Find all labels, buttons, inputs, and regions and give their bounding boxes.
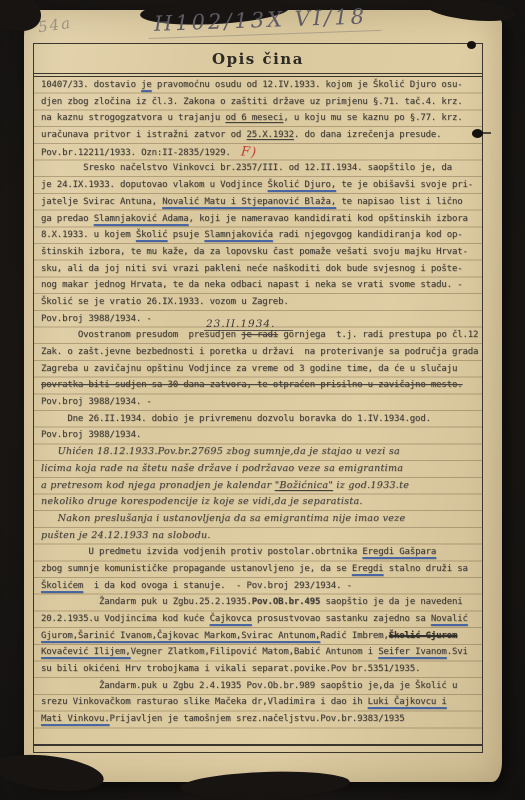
- text-segment: . do dana izrečenja presude.: [294, 130, 442, 140]
- text-segment: Kovačević Ilijem,: [41, 647, 131, 657]
- text-segment: iz god.1933.te: [333, 480, 409, 491]
- text-line: Pov.br.12211/1933. Ozn:II-2835/1929. F): [41, 144, 480, 161]
- page-title: Opis čina: [212, 50, 304, 68]
- text-line: sku, ali da joj niti svi vrazi pakleni n…: [41, 261, 480, 278]
- text-segment: Eregdi Gašpara: [362, 547, 436, 557]
- text-segment: nog makar jednog Hrvata, te da neka odba…: [41, 280, 462, 290]
- text-line: Kovačević Ilijem,Vegner Zlatkom,Filipovi…: [41, 644, 480, 661]
- text-line: djen zbog zločina iz čl.3. Zakona o zašt…: [41, 94, 480, 111]
- document-form-box: Opis čina 10407/33. dostavio je pravomoć…: [33, 43, 483, 753]
- text-segment: Školić: [136, 230, 168, 240]
- text-segment: 8.X.1933. u kojem: [41, 230, 136, 240]
- text-line: Mati Vinkovu.Prijavljen je tamošnjem sre…: [41, 711, 480, 728]
- text-line: na kaznu strogogzatvora u trajanju od 6 …: [41, 110, 480, 127]
- text-line: Žandarm puk u Zgbu.25.2.1935.Pov.OB.br.4…: [41, 594, 480, 611]
- text-segment: Gjurom,Šarinić Ivanom,Čajkovac Markom,Sv…: [41, 631, 320, 641]
- text-line: Školić se je vratio 26.IX.1933. vozom u …: [41, 294, 480, 311]
- text-segment: Pov.OB.br.495: [252, 597, 321, 607]
- text-segment: Slamnjaković Adama: [94, 214, 189, 224]
- text-segment: Prijavljen je tamošnjem srez.načeljstvu.…: [110, 714, 405, 724]
- text-segment: te je obišavši svoje pri-: [336, 180, 473, 190]
- text-line: ga predao Slamnjaković Adama, koji je na…: [41, 211, 480, 228]
- text-segment: "Božićnica": [275, 480, 333, 491]
- text-line: Zak. o zašt.jevne bezbednosti i poretka …: [41, 344, 480, 361]
- text-segment: prosustvovao sastanku zajedno sa: [252, 614, 431, 624]
- text-line: uračunava pritvor i istražni zatvor od 2…: [41, 127, 480, 144]
- text-segment: Pov.broj 3988/1934. -: [41, 314, 152, 324]
- text-segment: , u koju mu se kaznu po §.77. krz.: [283, 113, 462, 123]
- text-segment: a pretresom kod njega pronadjen je kalen…: [41, 480, 275, 491]
- handwritten-insert-date: 23.II.1934.: [204, 318, 293, 331]
- text-segment: Sresko načelstvo Vinkovci br.2357/III. o…: [41, 163, 452, 173]
- text-segment: Dne 26.II.1934. dobio je privremenu dozv…: [41, 414, 431, 424]
- text-segment: je 24.IX.1933. doputovao vlakom u Vodjin…: [41, 180, 268, 190]
- text-segment: .Svi: [447, 647, 468, 657]
- text-line: srezu Vinkovačkom rasturao slike Mačeka …: [41, 694, 480, 711]
- text-line: licima koja rade na štetu naše države i …: [41, 461, 480, 478]
- text-segment: uračunava pritvor i istražni zatvor od: [41, 130, 246, 140]
- text-segment: 25.X.1932: [246, 130, 293, 140]
- text-line: Školićem i da kod ovoga i stanuje. - Pov…: [41, 578, 480, 595]
- photo-backdrop: { "colors":{ "backdrop":"#1a1714","paper…: [0, 0, 525, 800]
- text-segment: Nakon preslušanja i ustanovljenja da sa …: [41, 513, 405, 524]
- text-segment: Zagreba u zavičajnu opštinu Vodjince za …: [41, 364, 457, 374]
- text-segment: jatelje Svirac Antuna,: [41, 197, 162, 207]
- text-line: Dne 26.II.1934. dobio je privremenu dozv…: [41, 411, 480, 428]
- text-segment: Žandarm.puk u Zgbu 2.4.1935 Pov.Ob.br.98…: [41, 681, 457, 691]
- text-line: Pov.broj 3988/1934.: [41, 427, 480, 444]
- text-segment: su bili okićeni Hrv trobojkama i vikali …: [41, 664, 420, 674]
- text-segment: Vegner Zlatkom,Filipović Matom,Babić Ant…: [131, 647, 379, 657]
- text-segment: Školić se je vratio 26.IX.1933. vozom u …: [41, 297, 289, 307]
- text-segment: Pov.broj 3988/1934. -: [41, 397, 152, 407]
- typed-text-block: 10407/33. dostavio je pravomoćnu osudu o…: [41, 77, 480, 728]
- text-segment: pravomoćnu osudu od 12.IV.1933. kojom je…: [152, 80, 463, 90]
- text-segment: Seifer Ivanom: [378, 647, 447, 657]
- text-line: 20.2.1935.u Vodjincima kod kuće Čajkovca…: [41, 611, 480, 628]
- text-segment: , koji je nameravao kandidirati kod opšt…: [189, 214, 468, 224]
- text-line: 10407/33. dostavio je pravomoćnu osudu o…: [41, 77, 480, 94]
- text-line: jatelje Svirac Antuna, Novalić Matu i St…: [41, 194, 480, 211]
- text-segment: Novalić: [431, 614, 468, 624]
- text-line: Gjurom,Šarinić Ivanom,Čajkovac Markom,Sv…: [41, 628, 480, 645]
- text-segment: stalno druži sa: [383, 564, 467, 574]
- text-segment: Eregdi: [352, 564, 384, 574]
- text-segment: sku, ali da joj niti svi vrazi pakleni n…: [41, 264, 462, 274]
- text-line: su bili okićeni Hrv trobojkama i vikali …: [41, 661, 480, 678]
- text-line: Žandarm.puk u Zgbu 2.4.1935 Pov.Ob.br.98…: [41, 678, 480, 695]
- text-segment: zbog sumnje komunističke propagande usta…: [41, 564, 352, 574]
- text-line: Pov.broj 3988/1934. -: [41, 394, 480, 411]
- text-segment: Mati Vinkovu.: [41, 714, 110, 724]
- text-line: nog makar jednog Hrvata, te da neka odba…: [41, 277, 480, 294]
- text-segment: od 6 meseci: [225, 113, 283, 123]
- text-segment: je radi: [241, 330, 278, 340]
- text-line: a pretresom kod njega pronadjen je kalen…: [41, 478, 480, 495]
- text-segment: Čajkovca: [210, 614, 252, 624]
- form-header: Opis čina: [34, 44, 482, 74]
- text-segment: Školić Gjurom: [389, 631, 458, 641]
- text-segment: Uhićen 18.12.1933.Pov.br.27695 zbog sumn…: [41, 446, 400, 457]
- text-line: štinskih izbora, te mu kaže, da za lopov…: [41, 244, 480, 261]
- text-segment: pušten je 24.12.1933 na slobodu.: [41, 530, 211, 541]
- text-segment: štinskih izbora, te mu kaže, da za lopov…: [41, 247, 468, 257]
- text-segment: Zak. o zašt.jevne bezbednosti i poretka …: [41, 347, 478, 357]
- text-segment: Luki Čajkovcu i: [368, 697, 447, 707]
- text-segment: i da kod ovoga i stanuje. - Pov.broj 293…: [83, 581, 352, 591]
- text-line: Nakon preslušanja i ustanovljenja da sa …: [41, 511, 480, 528]
- text-segment: gornjega t.j. radi prestupa po čl.12: [278, 330, 478, 340]
- text-line: U predmetu izvida vodjenih protiv postol…: [41, 544, 480, 561]
- form-bottom-rule: [34, 744, 482, 746]
- text-line: nekoliko druge korespodencije iz koje se…: [41, 494, 480, 511]
- text-line: Ovostranom presudom presudjen je radi go…: [41, 327, 480, 344]
- text-line: zbog sumnje komunističke propagande usta…: [41, 561, 480, 578]
- text-segment: nekoliko druge korespodencije iz koje se…: [41, 496, 363, 507]
- text-line: je 24.IX.1933. doputovao vlakom u Vodjin…: [41, 177, 480, 194]
- text-segment: Pov.br.12211/1933. Ozn:II-2835/1929.: [41, 148, 241, 158]
- ink-blot: [472, 129, 483, 138]
- text-segment: 10407/33. dostavio: [41, 80, 141, 90]
- text-segment: psuje: [167, 230, 204, 240]
- text-line: Uhićen 18.12.1933.Pov.br.27695 zbog sumn…: [41, 444, 480, 461]
- text-segment: Radić Imbrem,: [320, 631, 389, 641]
- text-segment: Školić Djuro,: [268, 180, 337, 190]
- text-line: Zagreba u zavičajnu opštinu Vodjince za …: [41, 361, 480, 378]
- text-line: pušten je 24.12.1933 na slobodu.: [41, 528, 480, 545]
- text-segment: te napisao list i lično: [336, 197, 462, 207]
- red-hand-mark: F): [241, 144, 258, 160]
- text-segment: U predmetu izvida vodjenih protiv postol…: [41, 547, 362, 557]
- text-segment: je: [141, 80, 152, 90]
- text-segment: povratka biti sudjen sa 30 dana zatvora,…: [41, 380, 462, 390]
- text-segment: ga predao: [41, 214, 94, 224]
- text-segment: Novalić Matu i Stjepanović Blaža,: [162, 197, 336, 207]
- text-segment: Školićem: [41, 581, 83, 591]
- ink-blot: [467, 41, 476, 49]
- text-segment: Ovostranom presudom presudjen: [41, 330, 241, 340]
- text-line: povratka biti sudjen sa 30 dana zatvora,…: [41, 377, 480, 394]
- text-segment: Pov.broj 3988/1934.: [41, 430, 141, 440]
- text-segment: srezu Vinkovačkom rasturao slike Mačeka …: [41, 697, 368, 707]
- text-segment: 20.2.1935.u Vodjincima kod kuće: [41, 614, 210, 624]
- text-segment: saopštio je da je navedeni: [320, 597, 462, 607]
- text-segment: Žandarm puk u Zgbu.25.2.1935.: [41, 597, 252, 607]
- text-line: 8.X.1933. u kojem Školić psuje Slamnjako…: [41, 227, 480, 244]
- text-line: Sresko načelstvo Vinkovci br.2357/III. o…: [41, 160, 480, 177]
- text-segment: djen zbog zločina iz čl.3. Zakona o zašt…: [41, 97, 462, 107]
- text-segment: na kaznu strogogzatvora u trajanju: [41, 113, 225, 123]
- text-segment: licima koja rade na štetu naše države i …: [41, 463, 403, 474]
- text-segment: radi njegovgog kandidiranja kod op-: [273, 230, 463, 240]
- text-segment: Slamnjakovića: [204, 230, 273, 240]
